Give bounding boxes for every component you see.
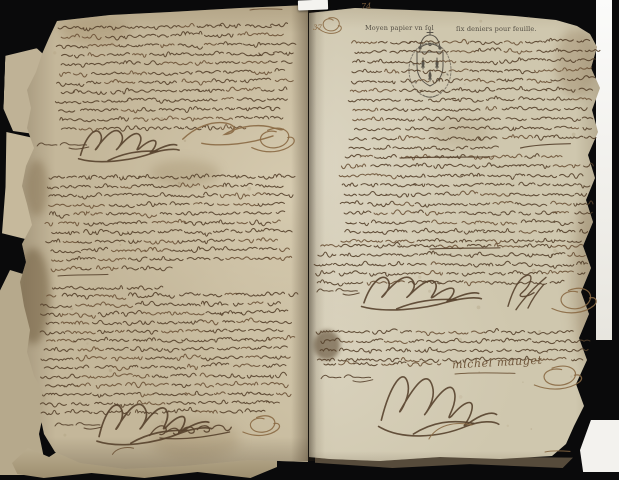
foxing-spot	[556, 250, 559, 253]
handwriting-word	[550, 280, 564, 283]
handwriting-word	[127, 286, 152, 290]
handwriting-word	[349, 147, 371, 150]
notary-annotation	[344, 375, 370, 378]
notary-annotation	[317, 289, 333, 292]
handwriting-word	[77, 242, 91, 244]
foxing-spot	[477, 306, 481, 310]
handwriting-word	[452, 88, 475, 92]
handwriting-word	[232, 401, 251, 404]
handwriting-word	[475, 61, 498, 64]
handwriting-word	[195, 391, 213, 395]
handwriting-word	[139, 81, 154, 83]
handwriting-word	[406, 127, 429, 131]
handwriting-word	[79, 175, 97, 179]
foxing-spot	[135, 74, 136, 75]
foxing-spot	[507, 425, 509, 427]
handwriting-word	[580, 229, 588, 233]
handwriting-word	[185, 232, 212, 237]
handwriting-word	[340, 244, 371, 247]
handwriting-word	[259, 248, 276, 250]
handwriting-word	[84, 229, 109, 234]
handwriting-word	[504, 253, 525, 257]
handwriting-word	[505, 69, 535, 73]
handwriting-word	[363, 230, 393, 234]
handwriting-word	[489, 273, 505, 275]
handwriting-word	[250, 220, 271, 226]
handwriting-word	[156, 100, 175, 104]
handwriting-word	[560, 174, 583, 179]
handwriting-word	[236, 292, 270, 296]
handwriting-word	[230, 381, 258, 385]
handwriting-word	[41, 410, 59, 414]
handwriting-word	[82, 247, 108, 251]
handwriting-word	[544, 38, 574, 42]
handwriting-word	[491, 154, 522, 158]
handwriting-word	[579, 88, 593, 90]
handwriting-word	[237, 222, 247, 224]
handwriting-word	[506, 118, 526, 121]
handwriting-word	[98, 258, 125, 261]
handwriting-word	[105, 193, 132, 196]
handwriting-word	[371, 220, 400, 224]
signature-flourish	[182, 120, 284, 146]
handwriting-word	[408, 362, 432, 366]
handwriting-word	[98, 117, 129, 121]
handwriting-word	[60, 118, 77, 121]
notary-annotation	[37, 143, 57, 146]
handwriting-word	[420, 41, 439, 43]
foxing-spot	[479, 20, 482, 23]
handwriting-word	[355, 50, 386, 53]
handwriting-word	[82, 34, 101, 39]
handwriting-word	[471, 146, 499, 149]
foxing-spot	[418, 276, 421, 279]
handwriting-word	[197, 247, 222, 251]
handwriting-word	[139, 175, 159, 179]
stray-mark	[545, 451, 570, 452]
handwriting-word	[497, 78, 523, 81]
handwriting-word	[235, 116, 252, 118]
handwriting-word	[543, 194, 574, 196]
handwriting-word	[65, 384, 78, 387]
handwriting-word	[397, 254, 418, 257]
handwriting-word	[143, 312, 175, 315]
handwriting-word	[354, 349, 381, 354]
handwriting-word	[419, 251, 451, 255]
handwriting-word	[374, 145, 391, 149]
handwriting-word	[172, 195, 204, 197]
handwriting-word	[515, 339, 531, 342]
handwriting-word	[201, 220, 234, 225]
handwriting-word	[547, 58, 576, 62]
handwriting-word	[374, 155, 396, 159]
handwriting-word	[41, 304, 72, 308]
handwriting-word	[423, 70, 446, 74]
handwriting-word	[81, 268, 91, 270]
handwriting-word	[432, 220, 457, 224]
handwriting-word	[346, 222, 357, 224]
handwriting-word	[122, 266, 139, 270]
handwriting-word	[371, 164, 391, 167]
handwriting-word	[510, 193, 540, 196]
handwriting-word	[153, 393, 186, 396]
handwriting-word	[374, 242, 400, 248]
handwriting-word	[229, 329, 246, 332]
handwriting-word	[411, 163, 432, 167]
handwriting-word	[584, 136, 596, 138]
handwriting-word	[248, 302, 263, 305]
handwriting-word	[141, 365, 157, 368]
handwriting-word	[460, 341, 471, 342]
handwriting-word	[238, 247, 257, 250]
handwriting-word	[47, 340, 56, 342]
underline-mark	[58, 274, 108, 276]
foxing-spot	[161, 117, 164, 120]
handwriting-word	[380, 99, 400, 101]
handwriting-word	[388, 262, 403, 266]
handwriting-word	[187, 257, 210, 259]
handwriting-word	[188, 364, 198, 369]
signed-mark	[520, 143, 570, 148]
handwriting-word	[354, 363, 377, 366]
handwriting-word	[180, 23, 194, 27]
handwriting-layer	[0, 0, 619, 480]
handwriting-word	[175, 99, 198, 102]
handwriting-word	[89, 62, 118, 65]
handwriting-word	[141, 394, 154, 397]
handwriting-word	[486, 282, 498, 284]
signature-paraph	[561, 288, 591, 308]
handwriting-word	[92, 72, 112, 74]
handwriting-word	[168, 303, 200, 306]
handwriting-word	[49, 204, 72, 206]
handwriting-word	[78, 287, 103, 290]
handwriting-word	[353, 117, 383, 121]
handwriting-word	[345, 154, 361, 158]
handwriting-word	[363, 69, 382, 72]
handwriting-word	[368, 59, 392, 63]
handwriting-word	[61, 92, 74, 94]
handwriting-word	[504, 41, 522, 45]
handwriting-word	[95, 366, 113, 369]
signature-flourish	[381, 376, 498, 427]
handwriting-word	[535, 69, 562, 73]
handwriting-word	[61, 63, 88, 67]
handwriting-word	[353, 60, 365, 63]
handwriting-word	[41, 358, 73, 361]
handwriting-word	[160, 366, 185, 369]
handwriting-word	[268, 256, 291, 260]
signature-flourish	[79, 127, 177, 157]
handwriting-word	[52, 231, 79, 234]
handwriting-word	[275, 69, 285, 72]
handwriting-word	[560, 118, 581, 122]
handwriting-word	[59, 222, 79, 226]
handwriting-word	[344, 341, 353, 342]
handwriting-word	[121, 187, 132, 189]
signature-underline	[455, 373, 515, 374]
handwriting-word	[268, 335, 294, 340]
handwriting-word	[339, 271, 367, 276]
handwriting-word	[104, 109, 118, 111]
handwriting-word	[551, 201, 572, 205]
handwriting-word	[128, 293, 153, 298]
handwriting-word	[256, 184, 283, 187]
handwriting-word	[367, 358, 399, 361]
handwriting-word	[162, 329, 184, 333]
handwriting-word	[215, 337, 246, 342]
handwriting-word	[261, 382, 288, 387]
notary-annotation	[336, 289, 358, 292]
handwriting-word	[438, 364, 441, 365]
handwriting-word	[65, 410, 92, 414]
handwriting-word	[272, 43, 296, 45]
foxing-spot	[572, 133, 576, 137]
handwriting-word	[461, 173, 485, 176]
handwriting-word	[120, 61, 141, 65]
handwriting-word	[172, 384, 191, 387]
handwriting-word	[70, 374, 81, 378]
handwriting-word	[497, 87, 523, 90]
handwriting-word	[348, 99, 379, 102]
foxing-spot	[161, 420, 164, 423]
handwriting-word	[226, 257, 254, 260]
handwriting-word	[127, 330, 158, 334]
handwriting-word	[170, 202, 189, 205]
handwriting-word	[124, 35, 137, 39]
handwriting-word	[112, 357, 142, 361]
handwriting-word	[178, 183, 199, 187]
handwriting-word	[220, 23, 241, 28]
notary-annotation	[353, 380, 373, 382]
handwriting-word	[138, 34, 156, 37]
handwriting-word	[519, 212, 531, 215]
handwriting-word	[472, 339, 490, 344]
handwriting-word	[223, 321, 235, 323]
handwriting-word	[551, 253, 565, 256]
handwriting-word	[373, 329, 398, 334]
handwriting-word	[454, 183, 483, 186]
handwriting-word	[481, 194, 511, 197]
handwriting-word	[204, 185, 224, 188]
handwriting-word	[409, 340, 424, 343]
handwriting-word	[130, 347, 162, 352]
handwriting-word	[73, 204, 104, 209]
handwriting-word	[551, 244, 582, 249]
handwriting-word	[203, 320, 218, 324]
handwriting-word	[77, 383, 91, 387]
handwriting-word	[120, 176, 140, 180]
handwriting-word	[55, 102, 81, 104]
handwriting-word	[563, 264, 574, 266]
handwriting-word	[416, 331, 445, 335]
foxing-spot	[260, 437, 261, 438]
handwriting-word	[245, 337, 270, 341]
handwriting-word	[246, 25, 272, 28]
handwriting-word	[359, 261, 385, 266]
handwriting-word	[253, 193, 267, 196]
signature-paraph	[534, 366, 581, 389]
handwriting-word	[526, 254, 553, 258]
handwriting-word	[148, 26, 180, 30]
handwriting-word	[98, 311, 119, 317]
handwriting-word	[41, 313, 60, 316]
handwriting-word	[196, 71, 210, 73]
handwriting-word	[103, 126, 138, 131]
handwriting-word	[577, 39, 590, 42]
foxing-spot	[459, 395, 463, 399]
handwriting-word	[382, 128, 401, 130]
handwriting-word	[223, 247, 237, 251]
handwriting-word	[462, 272, 484, 276]
handwriting-word	[470, 349, 493, 352]
handwriting-word	[216, 383, 228, 385]
handwriting-word	[47, 295, 56, 297]
handwriting-word	[393, 147, 415, 149]
handwriting-word	[339, 348, 353, 351]
handwriting-word	[360, 222, 369, 225]
handwriting-word	[342, 183, 357, 186]
handwriting-word	[204, 203, 213, 206]
handwriting-word	[171, 373, 196, 377]
handwriting-word	[449, 109, 480, 111]
handwriting-word	[357, 240, 383, 242]
handwriting-word	[519, 231, 536, 234]
underline-mark	[58, 274, 108, 276]
notary-annotation	[69, 147, 89, 149]
handwriting-word	[49, 194, 77, 197]
handwriting-word	[483, 229, 514, 233]
handwriting-word	[136, 301, 168, 305]
handwriting-word	[84, 222, 118, 226]
handwriting-word	[528, 332, 558, 335]
handwriting-word	[289, 293, 298, 297]
handwriting-word	[400, 349, 411, 352]
handwriting-word	[457, 191, 477, 195]
handwriting-word	[435, 192, 456, 196]
handwriting-word	[533, 341, 555, 343]
handwriting-word	[167, 402, 196, 405]
handwriting-word	[268, 302, 281, 306]
handwriting-word	[242, 61, 267, 63]
handwriting-word	[378, 81, 395, 84]
handwriting-word	[128, 257, 147, 261]
foxing-spot	[95, 286, 97, 288]
handwriting-word	[148, 72, 178, 75]
handwriting-word	[392, 210, 414, 215]
handwriting-word	[519, 97, 545, 101]
handwriting-word	[451, 118, 465, 122]
handwriting-word	[374, 213, 387, 215]
handwriting-word	[341, 164, 365, 169]
handwriting-word	[106, 212, 132, 215]
handwriting-word	[160, 212, 171, 214]
handwriting-word	[390, 50, 420, 53]
handwriting-word	[199, 400, 228, 404]
handwriting-word	[578, 273, 585, 275]
handwriting-word	[133, 374, 149, 378]
handwriting-word	[106, 347, 128, 350]
handwriting-word	[150, 53, 164, 55]
foxing-spot	[570, 375, 572, 377]
handwriting-word	[378, 42, 387, 43]
handwriting-word	[144, 61, 159, 65]
handwriting-word	[557, 331, 573, 333]
handwriting-word	[75, 55, 85, 58]
handwriting-word	[212, 79, 237, 83]
handwriting-word	[386, 118, 414, 121]
handwriting-word	[448, 137, 481, 141]
handwriting-word	[317, 358, 334, 361]
handwriting-word	[88, 53, 105, 57]
notary-annotation	[55, 423, 102, 429]
signature-paraph	[552, 288, 596, 313]
handwriting-word	[152, 219, 186, 223]
handwriting-word	[571, 128, 578, 129]
handwriting-word	[160, 193, 172, 197]
handwriting-word	[573, 98, 592, 100]
handwriting-word	[557, 229, 575, 232]
handwriting-word	[488, 175, 515, 179]
handwriting-word	[45, 385, 64, 387]
handwriting-word	[109, 204, 134, 207]
handwriting-word	[218, 42, 242, 45]
handwriting-word	[176, 212, 207, 216]
handwriting-word	[81, 109, 104, 112]
handwriting-word	[394, 229, 407, 232]
handwriting-word	[186, 329, 203, 332]
handwriting-word	[560, 350, 572, 352]
handwriting-word	[40, 403, 66, 407]
handwriting-word	[427, 338, 459, 342]
notary-annotation	[60, 143, 86, 146]
handwriting-word	[144, 240, 178, 244]
handwriting-word	[275, 372, 286, 377]
notary-annotation	[76, 423, 100, 426]
handwriting-word	[158, 383, 168, 385]
handwriting-word	[195, 383, 214, 387]
handwriting-word	[129, 240, 142, 243]
handwriting-word	[59, 110, 75, 112]
handwriting-word	[386, 194, 409, 198]
handwriting-word	[519, 182, 535, 185]
handwriting-word	[110, 231, 128, 235]
handwriting-word	[209, 239, 235, 241]
handwriting-word	[420, 271, 442, 276]
strikethrough	[430, 248, 500, 249]
handwriting-word	[513, 58, 546, 62]
handwriting-word	[171, 31, 202, 35]
handwriting-word	[579, 222, 584, 223]
handwriting-word	[411, 108, 430, 110]
handwriting-word	[107, 53, 129, 56]
handwriting-word	[112, 72, 124, 74]
handwriting-word	[204, 329, 227, 333]
handwriting-word	[565, 107, 588, 110]
handwriting-word	[402, 70, 421, 73]
handwriting-word	[351, 81, 376, 84]
handwriting-word	[178, 44, 202, 49]
handwriting-word	[152, 375, 168, 378]
stamp-header-right: ſix deniers pour feuille.	[456, 25, 537, 33]
handwriting-word	[451, 51, 475, 53]
handwriting-word	[553, 165, 580, 168]
handwriting-word	[367, 281, 387, 285]
handwriting-word	[585, 50, 600, 52]
handwriting-word	[572, 349, 588, 351]
handwriting-word	[174, 312, 204, 315]
handwriting-word	[567, 241, 581, 242]
